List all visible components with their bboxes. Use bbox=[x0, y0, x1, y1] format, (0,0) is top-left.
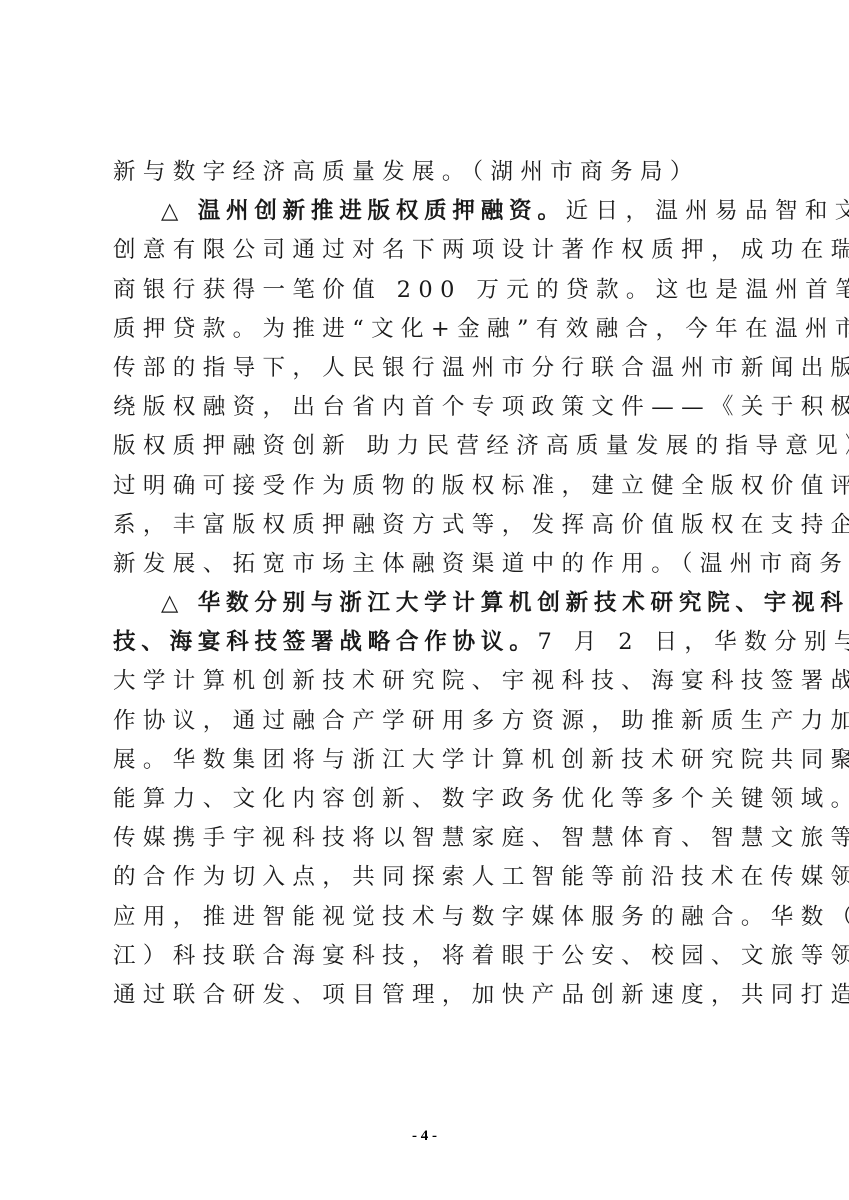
text-line: 新与数字经济高质量发展。（湖州市商务局） bbox=[113, 153, 745, 192]
text-line: 传媒携手宇视科技将以智慧家庭、智慧体育、智慧文旅等领域 bbox=[113, 819, 745, 858]
body-text: 新与数字经济高质量发展。（湖州市商务局） bbox=[113, 159, 700, 185]
text-line: 传部的指导下，人民银行温州市分行联合温州市新闻出版局围 bbox=[113, 349, 745, 388]
body-text: 展。华数集团将与浙江大学计算机创新技术研究院共同聚焦智 bbox=[113, 747, 849, 773]
text-line: 新发展、拓宽市场主体融资渠道中的作用。（温州市商务局） bbox=[113, 545, 745, 584]
text-line: 系，丰富版权质押融资方式等，发挥高价值版权在支持企业创 bbox=[113, 506, 745, 545]
body-text: 系，丰富版权质押融资方式等，发挥高价值版权在支持企业创 bbox=[113, 512, 849, 538]
body-text: 传部的指导下，人民银行温州市分行联合温州市新闻出版局围 bbox=[113, 355, 849, 381]
headline-text: 技、海宴科技签署战略合作协议。 bbox=[113, 629, 538, 655]
text-line: 展。华数集团将与浙江大学计算机创新技术研究院共同聚焦智 bbox=[113, 741, 745, 780]
text-line: △ 华数分别与浙江大学计算机创新技术研究院、宇视科 bbox=[113, 584, 745, 623]
text-line: 创意有限公司通过对名下两项设计著作权质押，成功在瑞安农 bbox=[113, 231, 745, 270]
text-line: 江）科技联合海宴科技，将着眼于公安、校园、文旅等领域， bbox=[113, 937, 745, 976]
body-text: 新发展、拓宽市场主体融资渠道中的作用。（温州市商务局） bbox=[113, 551, 849, 577]
body-text: 大学计算机创新技术研究院、宇视科技、海宴科技签署战略合 bbox=[113, 668, 849, 694]
headline-text: △ 温州创新推进版权质押融资。 bbox=[161, 198, 566, 224]
body-text: 作协议，通过融合产学研用多方资源，助推新质生产力加速发 bbox=[113, 708, 849, 734]
text-line: 应用，推进智能视觉技术与数字媒体服务的融合。华数（浙 bbox=[113, 898, 745, 937]
page-number: - 4 - bbox=[0, 1128, 849, 1145]
text-line: 绕版权融资，出台省内首个专项政策文件——《关于积极推进 bbox=[113, 388, 745, 427]
text-line: △ 温州创新推进版权质押融资。近日，温州易品智和文化 bbox=[113, 192, 745, 231]
body-text: 质押贷款。为推进“文化+金融”有效融合，今年在温州市委宣 bbox=[113, 316, 849, 342]
body-text: 传媒携手宇视科技将以智慧家庭、智慧体育、智慧文旅等领域 bbox=[113, 825, 849, 851]
body-text: 应用，推进智能视觉技术与数字媒体服务的融合。华数（浙 bbox=[113, 904, 849, 930]
body-text: 近日，温州易品智和文化 bbox=[566, 198, 849, 224]
text-line: 作协议，通过融合产学研用多方资源，助推新质生产力加速发 bbox=[113, 702, 745, 741]
text-line: 质押贷款。为推进“文化+金融”有效融合，今年在温州市委宣 bbox=[113, 310, 745, 349]
text-line: 商银行获得一笔价值 200 万元的贷款。这也是温州首笔著作权 bbox=[113, 271, 745, 310]
body-text: 的合作为切入点，共同探索人工智能等前沿技术在传媒领域的 bbox=[113, 864, 849, 890]
text-line: 通过联合研发、项目管理，加快产品创新速度，共同打造市县 bbox=[113, 976, 745, 1015]
body-text: 通过联合研发、项目管理，加快产品创新速度，共同打造市县 bbox=[113, 982, 849, 1008]
body-text: 江）科技联合海宴科技，将着眼于公安、校园、文旅等领域， bbox=[113, 943, 849, 969]
body-text: 版权质押融资创新 助力民营经济高质量发展的指导意见》，通 bbox=[113, 433, 849, 459]
body-text: 绕版权融资，出台省内首个专项政策文件——《关于积极推进 bbox=[113, 394, 849, 420]
text-line: 版权质押融资创新 助力民营经济高质量发展的指导意见》，通 bbox=[113, 427, 745, 466]
text-line: 能算力、文化内容创新、数字政务优化等多个关键领域。华数 bbox=[113, 780, 745, 819]
body-text: 商银行获得一笔价值 200 万元的贷款。这也是温州首笔著作权 bbox=[113, 277, 849, 303]
headline-text: △ 华数分别与浙江大学计算机创新技术研究院、宇视科 bbox=[161, 590, 849, 616]
text-line: 大学计算机创新技术研究院、宇视科技、海宴科技签署战略合 bbox=[113, 662, 745, 701]
text-line: 过明确可接受作为质物的版权标准，建立健全版权价值评估体 bbox=[113, 467, 745, 506]
text-line: 技、海宴科技签署战略合作协议。7 月 2 日，华数分别与浙江 bbox=[113, 623, 745, 662]
text-line: 的合作为切入点，共同探索人工智能等前沿技术在传媒领域的 bbox=[113, 858, 745, 897]
body-text: 过明确可接受作为质物的版权标准，建立健全版权价值评估体 bbox=[113, 473, 849, 499]
document-body: 新与数字经济高质量发展。（湖州市商务局）△ 温州创新推进版权质押融资。近日，温州… bbox=[113, 153, 745, 1015]
body-text: 7 月 2 日，华数分别与浙江 bbox=[538, 629, 849, 655]
body-text: 创意有限公司通过对名下两项设计著作权质押，成功在瑞安农 bbox=[113, 237, 849, 263]
body-text: 能算力、文化内容创新、数字政务优化等多个关键领域。华数 bbox=[113, 786, 849, 812]
